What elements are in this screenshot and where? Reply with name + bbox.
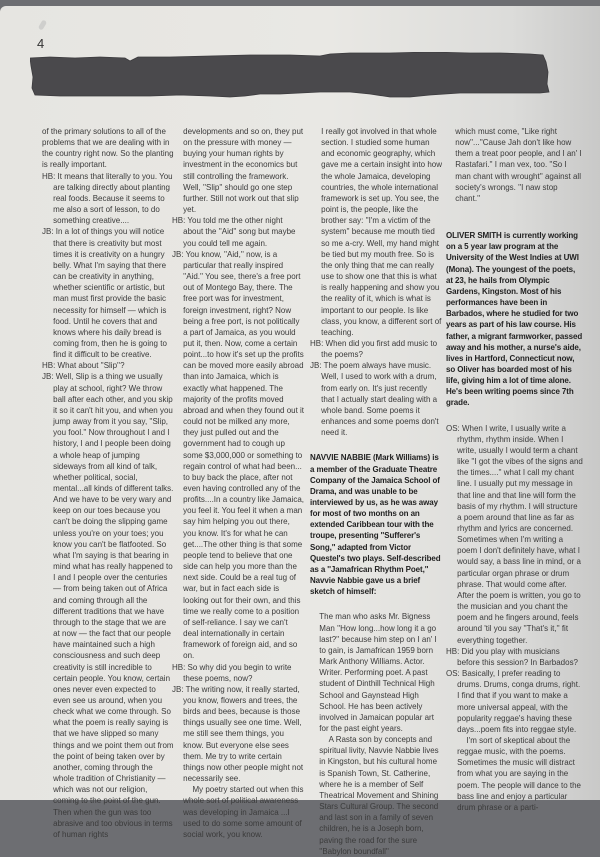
interview-line-hb: HB: When did you first add music to the … <box>310 338 442 360</box>
paragraph: I'm sort of skeptical about the reggae m… <box>446 735 584 800</box>
self-sketch: A Rasta son by concepts and spiritual li… <box>310 734 442 800</box>
interview-line-hb: HB: It means that literally to you. You … <box>42 171 174 227</box>
paragraph: developments and so on, they put on the … <box>172 126 304 215</box>
smudge-mark <box>38 19 47 30</box>
self-sketch: which must come, ''Like right now''...''… <box>446 126 584 204</box>
poet-bio-navvie-nabbie: NAVVIE NABBIE (Mark Williams) is a membe… <box>310 452 442 597</box>
column-1: of the primary solutions to all of the p… <box>42 126 174 800</box>
interview-line-jb: JB: You know, ''Aid,'' now, is a particu… <box>172 249 304 662</box>
column-3: I really got involved in that whole sect… <box>310 126 442 800</box>
column-2: developments and so on, they put on the … <box>172 126 304 800</box>
torn-paper-banner <box>30 52 570 100</box>
self-sketch: The man who asks Mr. Bigness Man ''How l… <box>310 611 442 734</box>
interview-line-os: OS: When I write, I usually write a rhyt… <box>446 423 584 646</box>
interview-line-hb: HB: What about ''Slip''? <box>42 360 174 371</box>
paragraph: I really got involved in that whole sect… <box>310 126 442 338</box>
interview-line-jb: JB: In a lot of things you will notice t… <box>42 226 174 360</box>
paragraph: My poetry started out when this whole so… <box>172 784 304 800</box>
interview-line-jb: JB: The writing now, it really started, … <box>172 684 304 784</box>
interview-line-jb: JB: Well, Slip is a thing we usually pla… <box>42 371 174 800</box>
interview-line-hb: HB: You told me the other night about th… <box>172 215 304 248</box>
page-number: 4 <box>37 36 44 51</box>
interview-line-hb: HB: So why did you begin to write these … <box>172 662 304 684</box>
interview-line-jb: JB: The poem always have music. Well, I … <box>310 360 442 438</box>
interview-line-hb: HB: Did you play with musicians before t… <box>446 646 584 668</box>
paragraph: of the primary solutions to all of the p… <box>42 126 174 171</box>
column-4: which must come, ''Like right now''...''… <box>446 126 584 800</box>
magazine-page: 4 of the primary solutions to all of the… <box>0 6 600 800</box>
interview-line-os: OS: Basically, I prefer reading to drums… <box>446 668 584 735</box>
poet-bio-oliver-smith: OLIVER SMITH is currently working on a 5… <box>446 230 584 409</box>
